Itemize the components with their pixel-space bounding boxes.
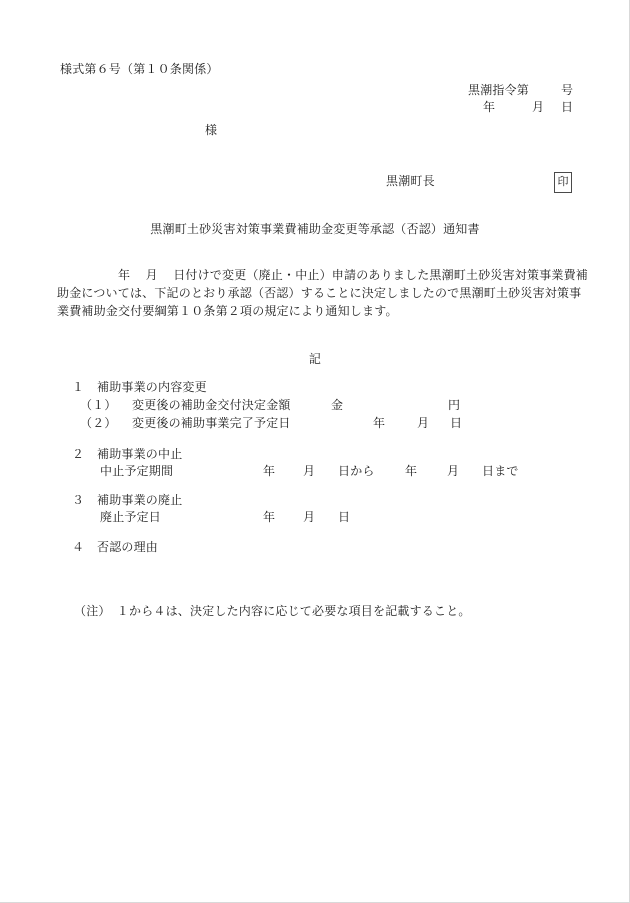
ref-number-label: 黒潮指令第 [468, 83, 529, 97]
section-4-number: ４ [72, 540, 84, 554]
seal-box: 印 [554, 172, 572, 193]
issue-date-day: 日 [561, 100, 573, 114]
issue-date-month: 月 [532, 100, 544, 114]
section-1-number: １ [72, 380, 84, 394]
item-1-2-index: （２） [80, 416, 117, 430]
section-2-number: ２ [72, 447, 84, 461]
item-2-label: 中止予定期間 [100, 464, 173, 478]
item-1-1-unit-yen: 円 [448, 398, 460, 412]
item-3-unit-day: 日 [338, 510, 350, 524]
form-number: 様式第６号（第１０条関係） [60, 62, 219, 76]
issue-date-year: 年 [483, 100, 495, 114]
item-2-to-year: 年 [405, 464, 417, 478]
item-3-unit-month: 月 [303, 510, 315, 524]
item-2-from-month: 月 [303, 464, 315, 478]
item-1-1-index: （１） [80, 398, 117, 412]
item-2-to-month: 月 [447, 464, 459, 478]
body-line-3: 業費補助金交付要綱第１０条第２項の規定により通知します。 [57, 304, 398, 318]
item-3-label: 廃止予定日 [100, 510, 161, 524]
body-line-1: 年 月 日付けで変更（廃止・中止）申請のありました黒潮町土砂災害対策事業費補 [57, 268, 588, 282]
item-1-1-label: 変更後の補助金交付決定金額 [132, 398, 291, 412]
record-marker: 記 [0, 352, 630, 366]
document-page: 様式第６号（第１０条関係） 黒潮指令第 号 年 月 日 様 黒潮町長 印 黒潮町… [0, 0, 630, 903]
footnote: （注） １から４は、決定した内容に応じて必要な項目を記載すること。 [74, 604, 471, 618]
item-1-1-money-prefix: 金 [331, 398, 343, 412]
ref-number-unit: 号 [561, 83, 573, 97]
sender-title: 黒潮町長 [386, 174, 435, 188]
item-2-from-year: 年 [263, 464, 275, 478]
seal-mark: 印 [558, 177, 569, 188]
item-1-2-unit-day: 日 [450, 416, 462, 430]
item-2-to-day: 日まで [482, 464, 519, 478]
addressee-honorific: 様 [205, 123, 217, 137]
item-1-2-label: 変更後の補助事業完了予定日 [132, 416, 291, 430]
section-4-heading: 否認の理由 [97, 540, 158, 554]
section-2-heading: 補助事業の中止 [97, 447, 182, 461]
item-3-unit-year: 年 [263, 510, 275, 524]
section-3-number: ３ [72, 493, 84, 507]
item-1-2-unit-month: 月 [417, 416, 429, 430]
item-1-2-unit-year: 年 [373, 416, 385, 430]
document-title: 黒潮町土砂災害対策事業費補助金変更等承認（否認）通知書 [0, 222, 630, 236]
body-line-2: 助金については、下記のとおり承認（否認）することに決定しましたので黒潮町土砂災害… [57, 286, 581, 300]
section-1-heading: 補助事業の内容変更 [97, 380, 207, 394]
item-2-from-day: 日から [338, 464, 375, 478]
section-3-heading: 補助事業の廃止 [97, 493, 182, 507]
